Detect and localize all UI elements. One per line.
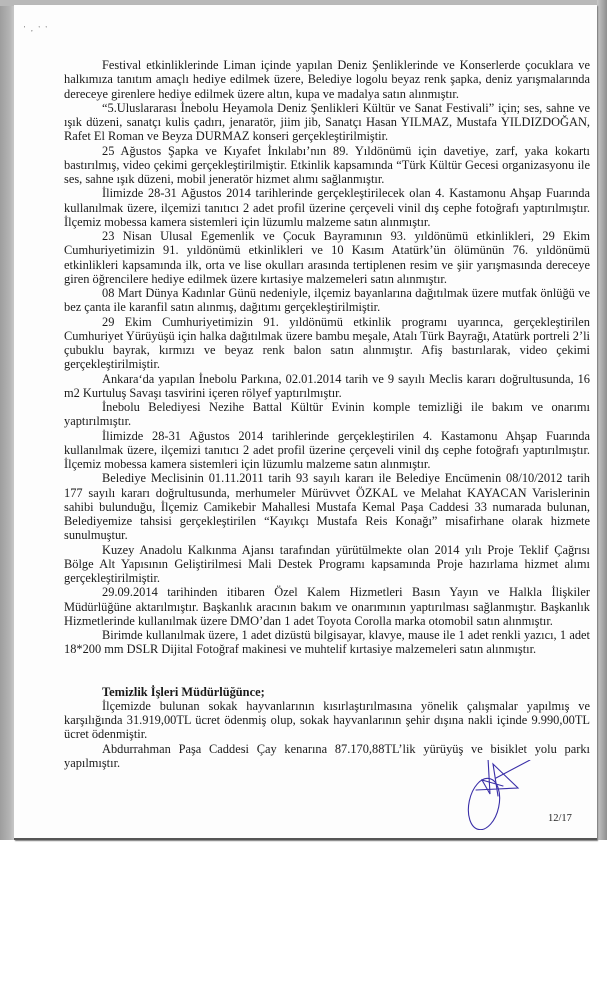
paragraph: Birimde kullanılmak üzere, 1 adet dizüst… (64, 628, 590, 657)
section-paragraph: İlçemizde bulunan sokak hayvanlarının kı… (64, 699, 590, 742)
paragraph: 29 Ekim Cumhuriyetimizin 91. yıldönümü e… (64, 315, 590, 372)
header-marks: ' , ' ' (24, 25, 49, 33)
paragraph: Ankara‘da yapılan İnebolu Parkına, 02.01… (64, 372, 590, 401)
paragraph: 29.09.2014 tarihinden itibaren Özel Kale… (64, 585, 590, 628)
paragraph: İnebolu Belediyesi Nezihe Battal Kültür … (64, 400, 590, 429)
paragraph: Belediye Meclisinin 01.11.2011 tarih 93 … (64, 471, 590, 542)
page-number: 12/17 (548, 813, 572, 824)
spacer (64, 657, 590, 671)
paragraph: Festival etkinliklerinde Liman içinde ya… (64, 58, 590, 101)
paragraph: 08 Mart Dünya Kadınlar Günü nedeniyle, i… (64, 286, 590, 315)
paragraph: “5.Uluslararası İnebolu Heyamola Deniz Ş… (64, 101, 590, 144)
scanner-edge-right (597, 0, 607, 840)
paragraph: İlimizde 28-31 Ağustos 2014 tarihlerinde… (64, 429, 590, 472)
spacer (64, 671, 590, 685)
paragraph: 25 Ağustos Şapka ve Kıyafet İnkılabı’nın… (64, 144, 590, 187)
paragraph: İlimizde 28-31 Ağustos 2014 tarihlerinde… (64, 186, 590, 229)
section-title: Temizlik İşleri Müdürlüğünce; (64, 685, 590, 699)
paragraph: Kuzey Anadolu Kalkınma Ajansı tarafından… (64, 543, 590, 586)
paragraph: 23 Nisan Ulusal Egemenlik ve Çocuk Bayra… (64, 229, 590, 286)
document-page: ' , ' ' Festival etkinliklerinde Liman i… (14, 5, 597, 840)
document-body: Festival etkinliklerinde Liman içinde ya… (64, 58, 590, 770)
signature-icon (458, 760, 558, 830)
